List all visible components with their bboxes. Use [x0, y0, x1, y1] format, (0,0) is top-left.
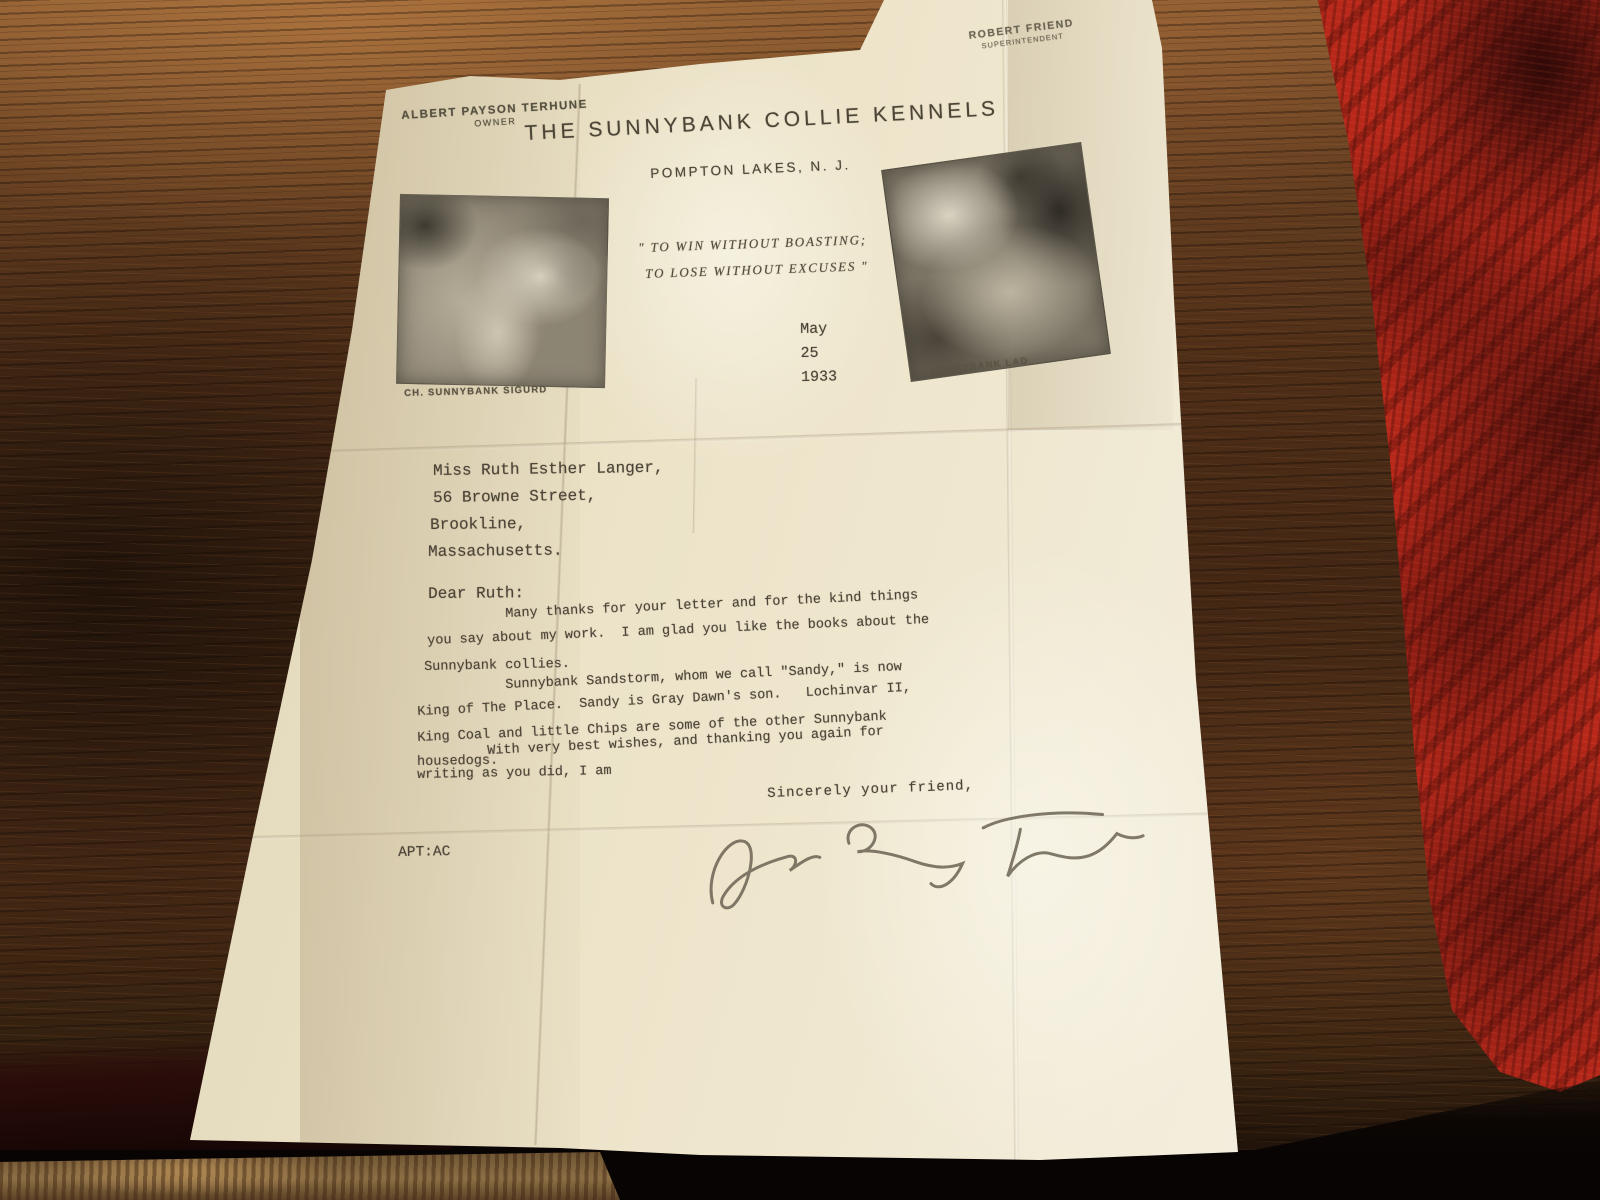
date-year: 1933	[801, 368, 837, 386]
letterhead-superintendent-block: ROBERT FRIEND SUPERINTENDENT	[968, 17, 1076, 52]
collie-photo-lad	[881, 142, 1111, 382]
date-month: May	[800, 321, 827, 338]
kennel-name-title: THE SUNNYBANK COLLIE KENNELS	[524, 97, 1000, 146]
date-day: 25	[800, 345, 818, 362]
motto-line-1: " TO WIN WITHOUT BOASTING;	[638, 232, 867, 256]
vertical-fold-crease-mid	[693, 378, 699, 533]
recipient-line: Brookline,	[430, 515, 526, 534]
typist-reference: APT:AC	[398, 844, 450, 861]
signature-strokes	[696, 780, 1153, 931]
horizontal-fold-crease-top	[330, 422, 1210, 454]
body-line: writing as you did, I am	[417, 764, 612, 783]
body-line: Sunnybank collies.	[424, 657, 570, 675]
recipient-line: Miss Ruth Esther Langer,	[433, 459, 664, 480]
photo-of-letter-scene: ALBERT PAYSON TERHUNE OWNER ROBERT FRIEN…	[0, 0, 1600, 1200]
left-photo-caption: CH. SUNNYBANK SIGURD	[404, 384, 548, 399]
collie-photo-sigurd	[396, 194, 609, 388]
recipient-line: Massachusetts.	[428, 542, 563, 561]
motto-line-2: TO LOSE WITHOUT EXCUSES "	[645, 258, 869, 282]
salutation: Dear Ruth:	[428, 584, 524, 603]
recipient-line: 56 Browne Street,	[433, 487, 596, 507]
body-line: you say about my work. I am glad you lik…	[427, 613, 929, 649]
date-block: May251933	[800, 317, 837, 390]
signature-script	[696, 780, 1153, 931]
kennel-location: POMPTON LAKES, N. J.	[650, 157, 851, 181]
